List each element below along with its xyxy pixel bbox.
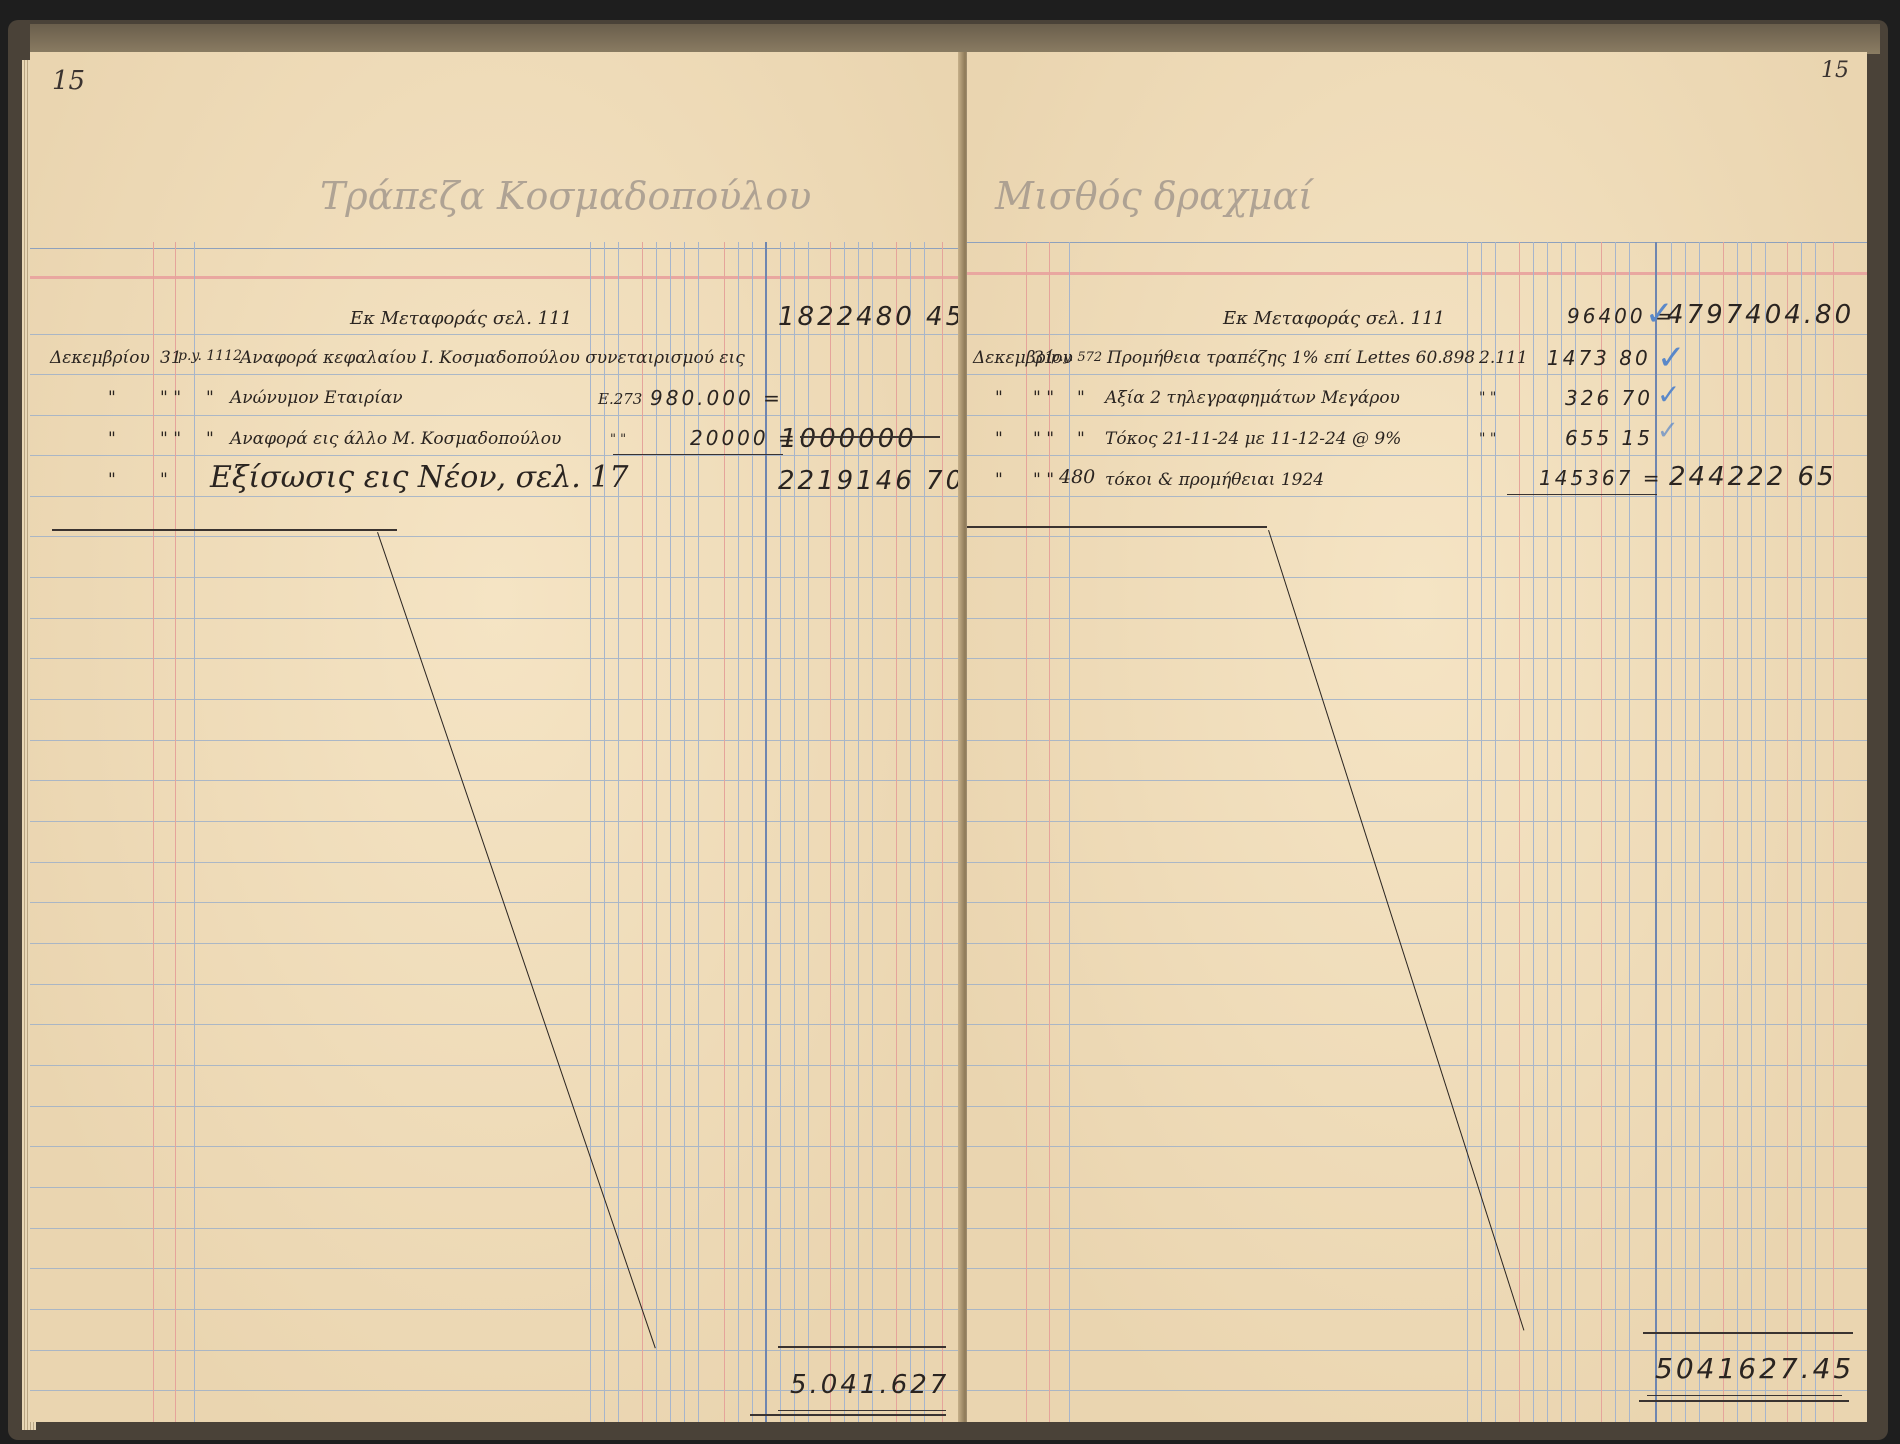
- ledger-cell: 655 15: [1565, 426, 1653, 450]
- ledger-cell: 145367 =: [1539, 466, 1662, 490]
- right-page-total: 5041627.45: [1655, 1352, 1854, 1385]
- close-rule: [52, 529, 397, 531]
- ledger-cell: 2.111: [1479, 348, 1528, 368]
- ledger-cell: ": [108, 470, 116, 490]
- ledger-cell: " ": [160, 388, 181, 408]
- ledger-left-page: 15 Τράπεζα Κοσμαδοπούλου: [30, 52, 966, 1422]
- left-page-header: Τράπεζα Κοσμαδοπούλου: [320, 174, 811, 218]
- check-mark-icon: ✓: [1657, 338, 1686, 378]
- right-carried-forward-amount: 4797404.80: [1667, 300, 1854, 330]
- ledger-cell: " ": [1033, 429, 1054, 449]
- ledger-cell: E.273: [598, 390, 642, 408]
- ledger-cell: ": [1077, 388, 1085, 408]
- ledger-cell: Αξία 2 τηλεγραφημάτων Μεγάρου: [1105, 388, 1400, 408]
- ledger-cell: ": [995, 388, 1003, 408]
- ledger-cell: ": [160, 470, 168, 490]
- ledger-cell: p.y. 1112: [178, 348, 242, 364]
- check-mark-icon: ✓: [1645, 294, 1674, 334]
- right-carried-forward-label: Εκ Μεταφοράς σελ. 111: [1223, 308, 1445, 329]
- ledger-cell: 244222 65: [1669, 462, 1837, 492]
- ledger-cell: ": [995, 429, 1003, 449]
- ledger-cell: 1000000: [780, 424, 917, 454]
- ledger-cell: Αναφορά εις άλλο Μ. Κοσμαδοπούλου: [230, 429, 561, 449]
- ledger-cell: " ": [160, 429, 181, 449]
- ledger-cell: Δεκεμβρίου: [50, 348, 150, 368]
- ledger-cell: ": [206, 388, 214, 408]
- right-page-number: 15: [1821, 58, 1849, 83]
- ledger-cell: Εξίσωσις εις Νέον, σελ. 17: [210, 460, 628, 495]
- ledger-cell: " ": [1033, 470, 1054, 490]
- ledger-cell: " ": [1479, 431, 1496, 447]
- ledger-cell: " ": [610, 432, 626, 447]
- left-carried-forward-label: Εκ Μεταφοράς σελ. 111: [350, 308, 572, 329]
- ledger-cell: ": [206, 429, 214, 449]
- right-page-header: Μισθός δραχμαί: [995, 174, 1313, 218]
- ledger-cell: Τόκος 21-11-24 με 11-12-24 @ 9%: [1105, 429, 1401, 449]
- left-page-number: 15: [52, 66, 85, 96]
- ledger-cell: 1473 80: [1547, 346, 1651, 370]
- closing-diagonal: [1268, 530, 1524, 1331]
- ledger-top-edge: [30, 24, 1880, 54]
- ledger-cell: ": [1077, 429, 1085, 449]
- ledger-cell: Ανώνυμον Εταιρίαν: [230, 388, 403, 408]
- ledger-cell: ": [108, 388, 116, 408]
- check-mark-icon: ✓: [1657, 416, 1679, 446]
- ledger-cell: 480: [1059, 466, 1095, 488]
- left-page-total: 5.041.627 45: [790, 1370, 966, 1400]
- left-carried-forward-amount: 1822480 45: [778, 302, 965, 332]
- ledger-cell: 980.000 =: [650, 386, 783, 410]
- ledger-cell: Προμήθεια τραπέζης 1% επί Lettes 60.898: [1107, 348, 1475, 368]
- ledger-cell: " ": [1479, 390, 1496, 406]
- ledger-right-page: 15 Μισθός δραχμαί Εκ Μετα: [966, 52, 1867, 1422]
- closing-diagonal: [377, 532, 656, 1348]
- close-rule: [967, 526, 1267, 528]
- ledger-cell: " ": [1033, 388, 1054, 408]
- ledger-cell: τόκοι & προμήθειαι 1924: [1105, 470, 1324, 490]
- ledger-cell: ": [995, 470, 1003, 490]
- ledger-cell: ": [108, 429, 116, 449]
- ledger-cell: 2219146 70: [778, 466, 965, 496]
- check-mark-icon: ✓: [1657, 378, 1680, 411]
- ledger-cell: Αναφορά κεφαλαίου Ι. Κοσμαδοπούλου συνετ…: [240, 348, 745, 368]
- ledger-cell: 326 70: [1565, 386, 1653, 410]
- ledger-cell: p.y. 572: [1051, 350, 1102, 365]
